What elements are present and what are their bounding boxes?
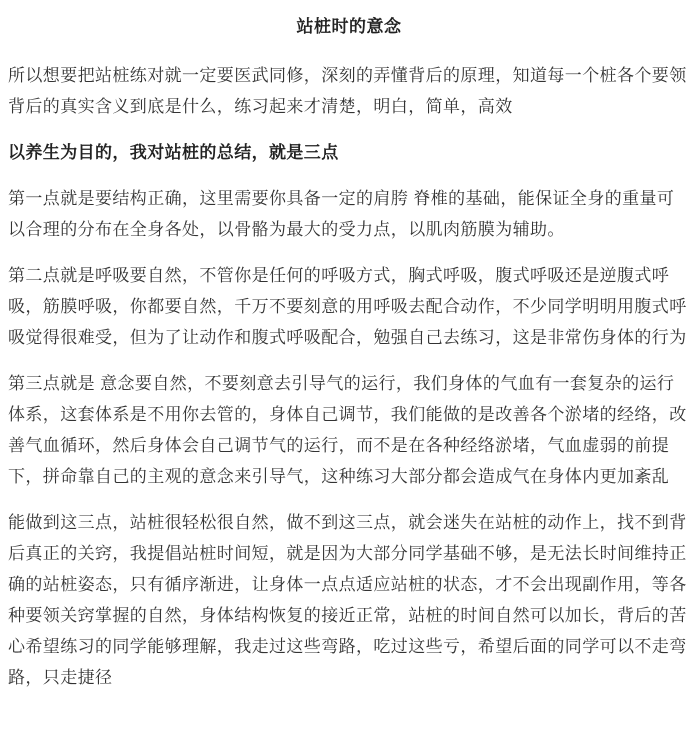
- paragraph-point-1-structure: 第一点就是要结构正确，这里需要你具备一定的肩胯 脊椎的基础，能保证全身的重量可以…: [8, 183, 690, 245]
- paragraph-point-3-intention: 第三点就是 意念要自然，不要刻意去引导气的运行，我们身体的气血有一套复杂的运行体…: [8, 368, 690, 492]
- paragraph-summary-heading: 以养生为目的，我对站桩的总结，就是三点: [8, 137, 690, 168]
- paragraph-conclusion: 能做到这三点，站桩很轻松很自然，做不到这三点，就会迷失在站桩的动作上，找不到背后…: [8, 507, 690, 693]
- paragraph-intro: 所以想要把站桩练对就一定要医武同修，深刻的弄懂背后的原理，知道每一个桩各个要领背…: [8, 60, 690, 122]
- article-page: 站桩时的意念 所以想要把站桩练对就一定要医武同修，深刻的弄懂背后的原理，知道每一…: [0, 0, 698, 756]
- paragraph-point-2-breathing: 第二点就是呼吸要自然，不管你是任何的呼吸方式，胸式呼吸，腹式呼吸还是逆腹式呼吸，…: [8, 260, 690, 353]
- page-title: 站桩时的意念: [8, 15, 690, 39]
